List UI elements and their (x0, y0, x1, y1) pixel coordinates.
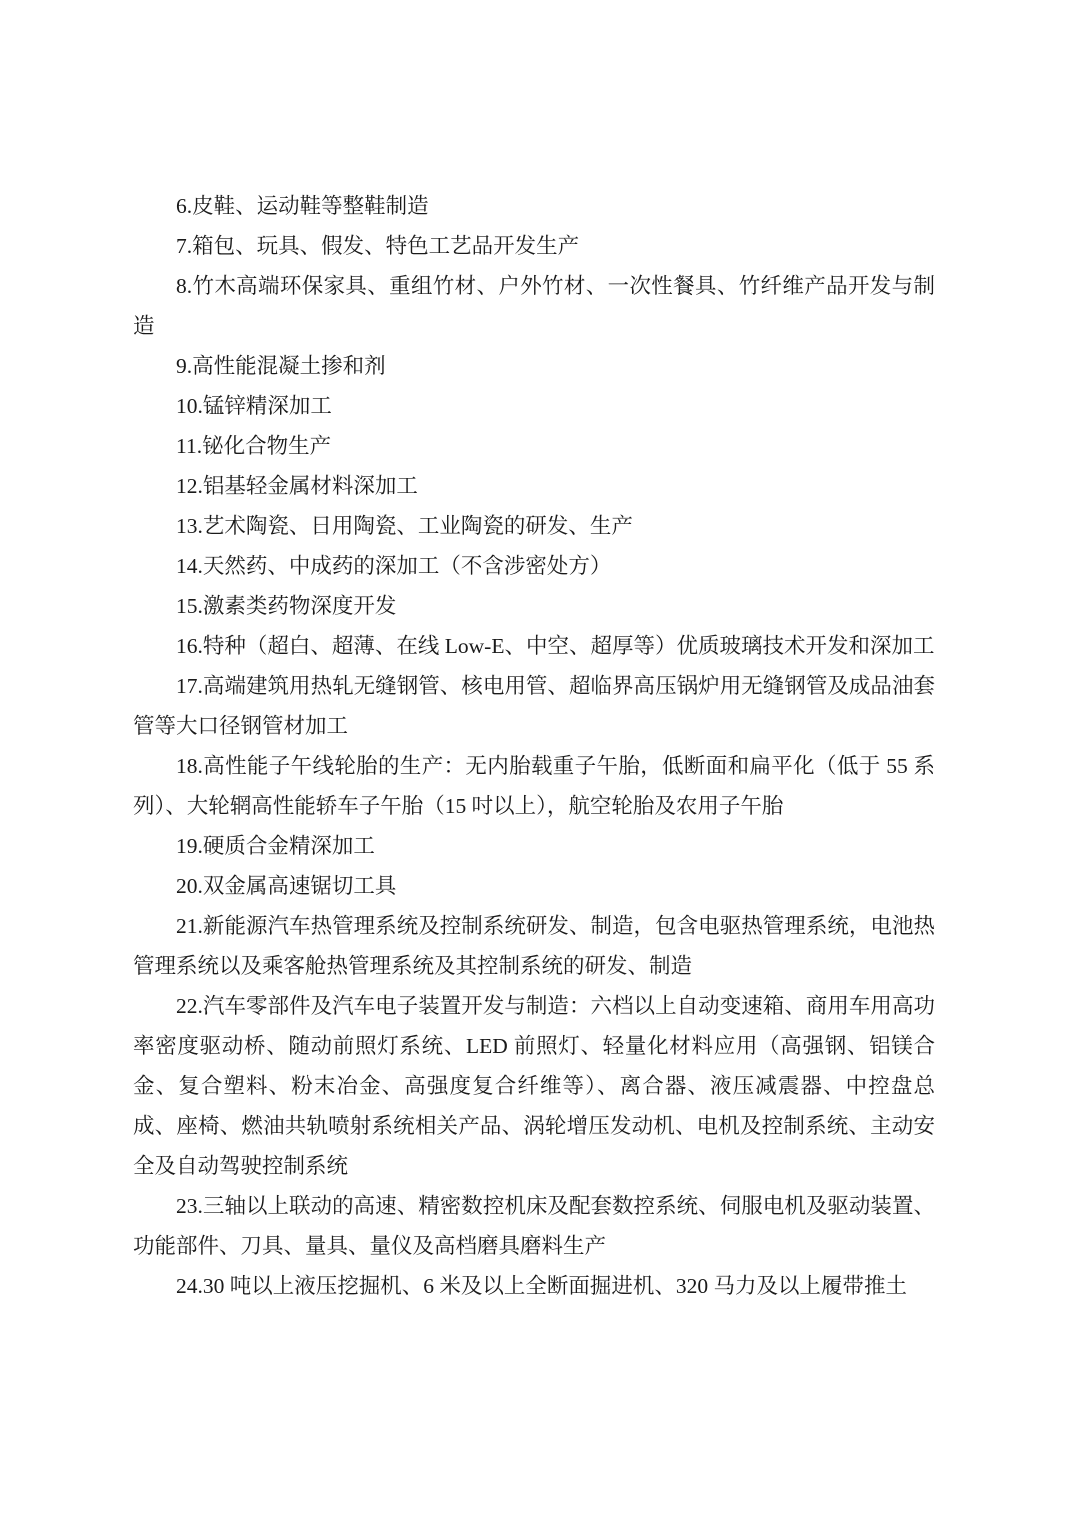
list-paragraph: 8.竹木高端环保家具、重组竹材、户外竹材、一次性餐具、竹纤维产品开发与制造 (133, 266, 935, 346)
list-paragraph: 24.30 吨以上液压挖掘机、6 米及以上全断面掘进机、320 马力及以上履带推… (133, 1266, 935, 1306)
list-paragraph: 12.铝基轻金属材料深加工 (133, 466, 935, 506)
list-paragraph: 13.艺术陶瓷、日用陶瓷、工业陶瓷的研发、生产 (133, 506, 935, 546)
list-paragraph: 19.硬质合金精深加工 (133, 826, 935, 866)
list-paragraph: 21.新能源汽车热管理系统及控制系统研发、制造，包含电驱热管理系统，电池热管理系… (133, 906, 935, 986)
list-paragraph: 6.皮鞋、运动鞋等整鞋制造 (133, 186, 935, 226)
list-paragraph: 17.高端建筑用热轧无缝钢管、核电用管、超临界高压锅炉用无缝钢管及成品油套管等大… (133, 666, 935, 746)
document-body-text: 6.皮鞋、运动鞋等整鞋制造7.箱包、玩具、假发、特色工艺品开发生产8.竹木高端环… (133, 186, 935, 1306)
list-paragraph: 23.三轴以上联动的高速、精密数控机床及配套数控系统、伺服电机及驱动装置、功能部… (133, 1186, 935, 1266)
list-paragraph: 22.汽车零部件及汽车电子装置开发与制造：六档以上自动变速箱、商用车用高功率密度… (133, 986, 935, 1186)
list-paragraph: 16.特种（超白、超薄、在线 Low-E、中空、超厚等）优质玻璃技术开发和深加工 (133, 626, 935, 666)
document-page: 6.皮鞋、运动鞋等整鞋制造7.箱包、玩具、假发、特色工艺品开发生产8.竹木高端环… (0, 0, 1074, 1520)
list-paragraph: 7.箱包、玩具、假发、特色工艺品开发生产 (133, 226, 935, 266)
list-paragraph: 18.高性能子午线轮胎的生产：无内胎载重子午胎，低断面和扁平化（低于 55 系列… (133, 746, 935, 826)
list-paragraph: 15.激素类药物深度开发 (133, 586, 935, 626)
list-paragraph: 10.锰锌精深加工 (133, 386, 935, 426)
list-paragraph: 14.天然药、中成药的深加工（不含涉密处方） (133, 546, 935, 586)
list-paragraph: 20.双金属高速锯切工具 (133, 866, 935, 906)
list-paragraph: 11.铋化合物生产 (133, 426, 935, 466)
list-paragraph: 9.高性能混凝土掺和剂 (133, 346, 935, 386)
